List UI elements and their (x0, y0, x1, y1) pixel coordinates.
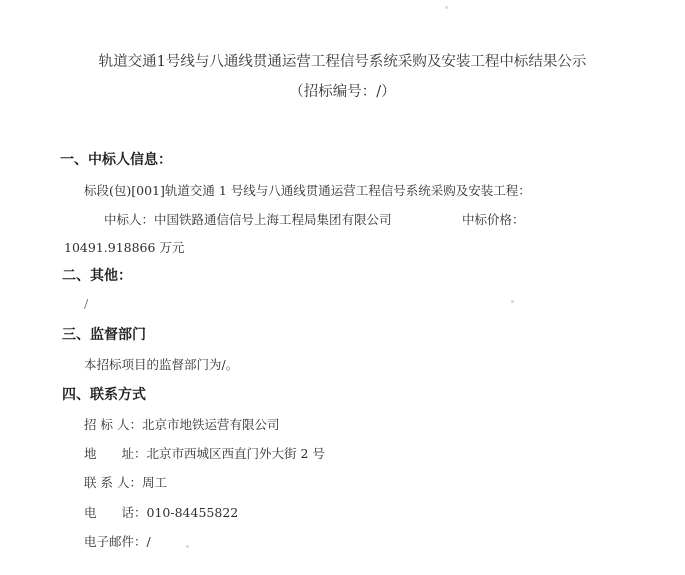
supervision-content: 本招标项目的监督部门为/。 (84, 355, 238, 373)
contact-label: 招 标 人： (84, 417, 142, 432)
contact-row-tenderer: 招 标 人：北京市地铁运营有限公司 (84, 415, 279, 433)
contact-value: 周工 (142, 475, 167, 490)
contact-row-phone: 电 话：010-84455822 (84, 503, 238, 521)
contact-value: 010-84455822 (147, 505, 239, 520)
section-heading-other: 二、其他： (62, 265, 132, 285)
section-heading-winner-info: 一、中标人信息： (60, 149, 172, 169)
contact-label: 联 系 人： (84, 475, 142, 490)
tender-number: （招标编号：/） (0, 80, 685, 101)
scan-speck (445, 6, 448, 9)
contact-value: 北京市西城区西直门外大街 2 号 (147, 446, 325, 461)
section-heading-contact: 四、联系方式 (62, 384, 146, 404)
lot-line: 标段(包)[001]轨道交通 1 号线与八通线贯通运营工程信号系统采购及安装工程… (84, 181, 531, 199)
price-value: 10491.918866 万元 (64, 238, 184, 256)
section-heading-supervision: 三、监督部门 (62, 324, 146, 344)
other-content: / (84, 296, 88, 311)
price-label: 中标价格： (462, 210, 525, 228)
scan-speck (511, 300, 514, 303)
contact-row-address: 地 址：北京市西城区西直门外大街 2 号 (84, 444, 325, 462)
document-title: 轨道交通1号线与八通线贯通运营工程信号系统采购及安装工程中标结果公示 (0, 50, 685, 71)
contact-value: 北京市地铁运营有限公司 (142, 417, 280, 432)
winner-label: 中标人： (104, 212, 154, 227)
winner-value: 中国铁路通信信号上海工程局集团有限公司 (154, 212, 392, 227)
contact-label: 电子邮件： (84, 534, 147, 549)
contact-label: 电 话： (84, 505, 147, 520)
contact-row-email: 电子邮件：/ (84, 532, 151, 550)
contact-row-person: 联 系 人：周工 (84, 473, 167, 491)
contact-value: / (147, 534, 151, 549)
scan-speck (186, 545, 189, 548)
contact-label: 地 址： (84, 446, 147, 461)
winner-row: 中标人：中国铁路通信信号上海工程局集团有限公司 (104, 210, 392, 228)
